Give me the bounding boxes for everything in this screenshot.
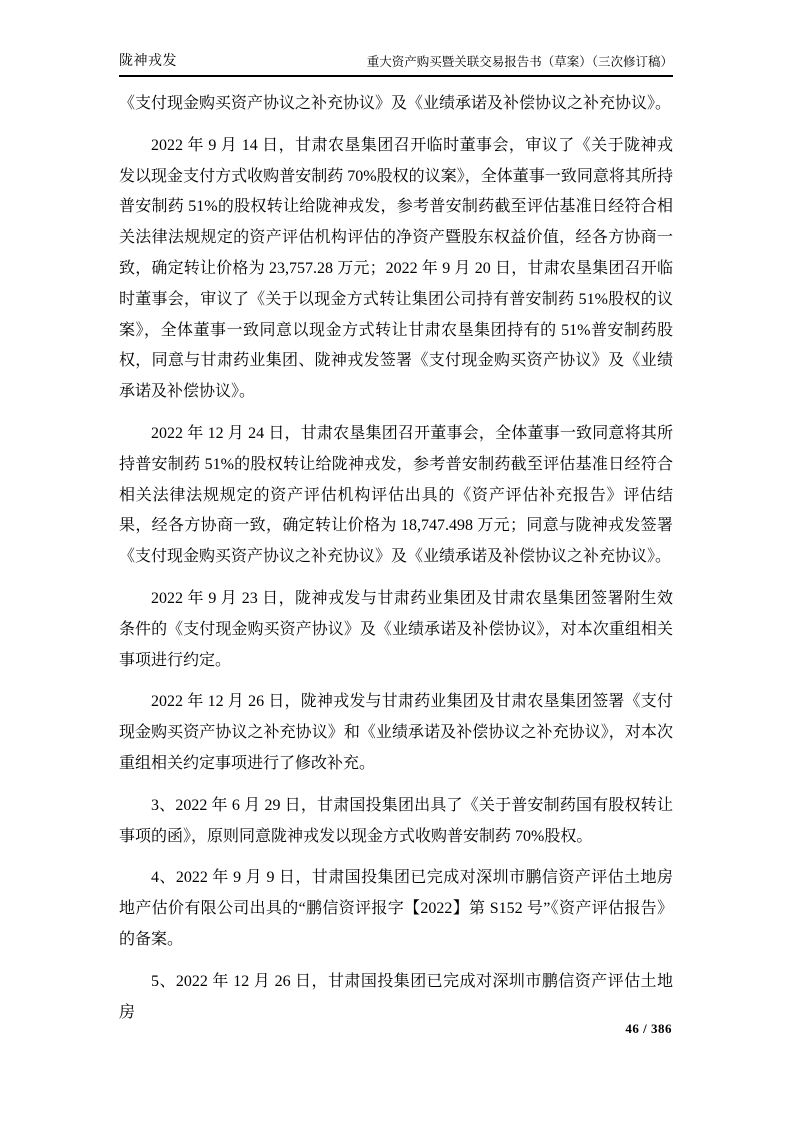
page-number: 46 / 386 — [625, 1021, 672, 1037]
body-paragraph-2022-12-24: 2022 年 12 月 24 日，甘肃农垦集团召开董事会，全体董事一致同意将其所… — [119, 419, 673, 573]
page-header: 陇神戎发 重大资产购买暨关联交易报告书（草案）（三次修订稿） — [119, 50, 673, 77]
body-paragraph-item-5-partial: 5、2022 年 12 月 26 日，甘肃国投集团已完成对深圳市鹏信资产评估土地… — [119, 967, 673, 1029]
body-paragraph-item-3: 3、2022 年 6 月 29 日，甘肃国投集团出具了《关于普安制药国有股权转让… — [119, 791, 673, 853]
body-paragraph-continuation: 《支付现金购买资产协议之补充协议》及《业绩承诺及补偿协议之补充协议》。 — [119, 89, 673, 120]
document-page: 陇神戎发 重大资产购买暨关联交易报告书（草案）（三次修订稿） 《支付现金购买资产… — [0, 0, 793, 1122]
header-report-title: 重大资产购买暨关联交易报告书（草案）（三次修订稿） — [367, 52, 673, 70]
body-paragraph-2022-09-14: 2022 年 9 月 14 日，甘肃农垦集团召开临时董事会，审议了《关于陇神戎发… — [119, 131, 673, 408]
body-paragraph-2022-12-26: 2022 年 12 月 26 日，陇神戎发与甘肃药业集团及甘肃农垦集团签署《支付… — [119, 687, 673, 779]
body-paragraph-2022-09-23: 2022 年 9 月 23 日，陇神戎发与甘肃药业集团及甘肃农垦集团签署附生效条… — [119, 584, 673, 676]
document-body: 《支付现金购买资产协议之补充协议》及《业绩承诺及补偿协议之补充协议》。 2022… — [119, 89, 673, 1039]
header-company-name: 陇神戎发 — [119, 50, 177, 70]
body-paragraph-item-4: 4、2022 年 9 月 9 日，甘肃国投集团已完成对深圳市鹏信资产评估土地房地… — [119, 863, 673, 955]
